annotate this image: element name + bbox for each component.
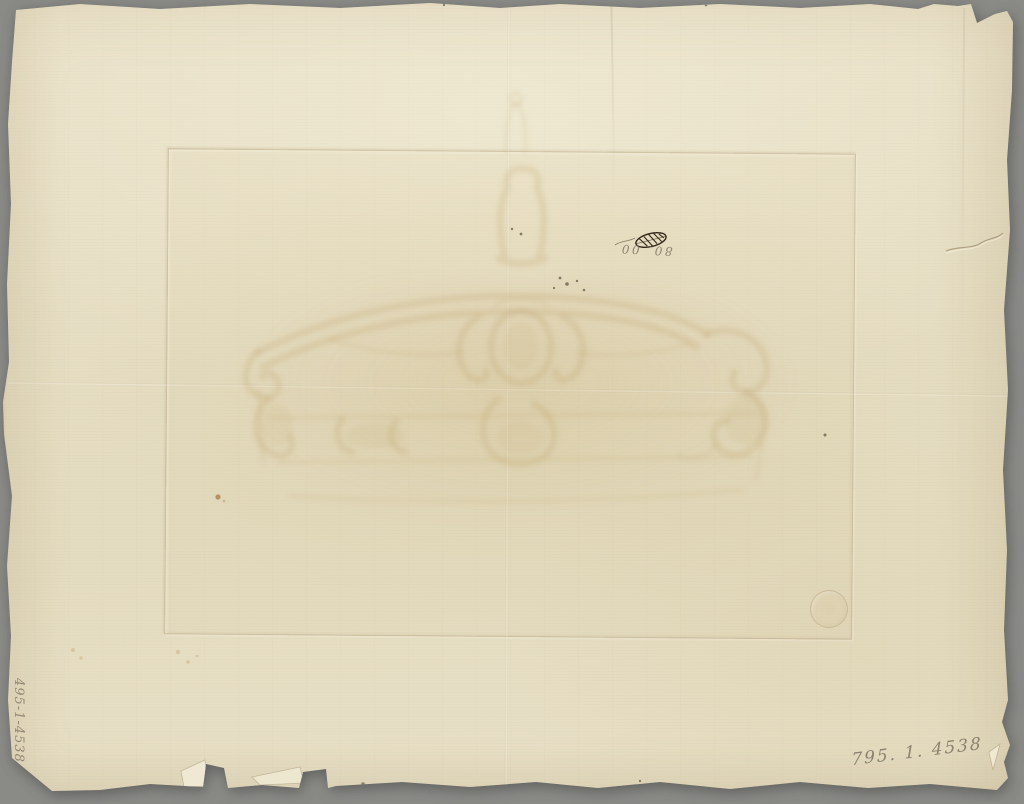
blind-stamp: [810, 590, 848, 628]
foxing-spots: [71, 648, 198, 664]
inventory-number-inscription: 795. 1. 4538: [851, 734, 983, 770]
vertical-inventory-number-inscription: 495-1-4538: [11, 678, 26, 763]
paper-sheet: 80. 00 795. 1. 4538 495-1-4538: [0, 0, 1024, 804]
right-vertical-crease: [961, 8, 965, 348]
photo-backdrop: 80. 00 795. 1. 4538 495-1-4538: [0, 0, 1024, 804]
edge-crack: [946, 233, 1003, 253]
upside-down-number-inscription: 80. 00: [617, 241, 676, 258]
plate-mark: [164, 148, 856, 639]
